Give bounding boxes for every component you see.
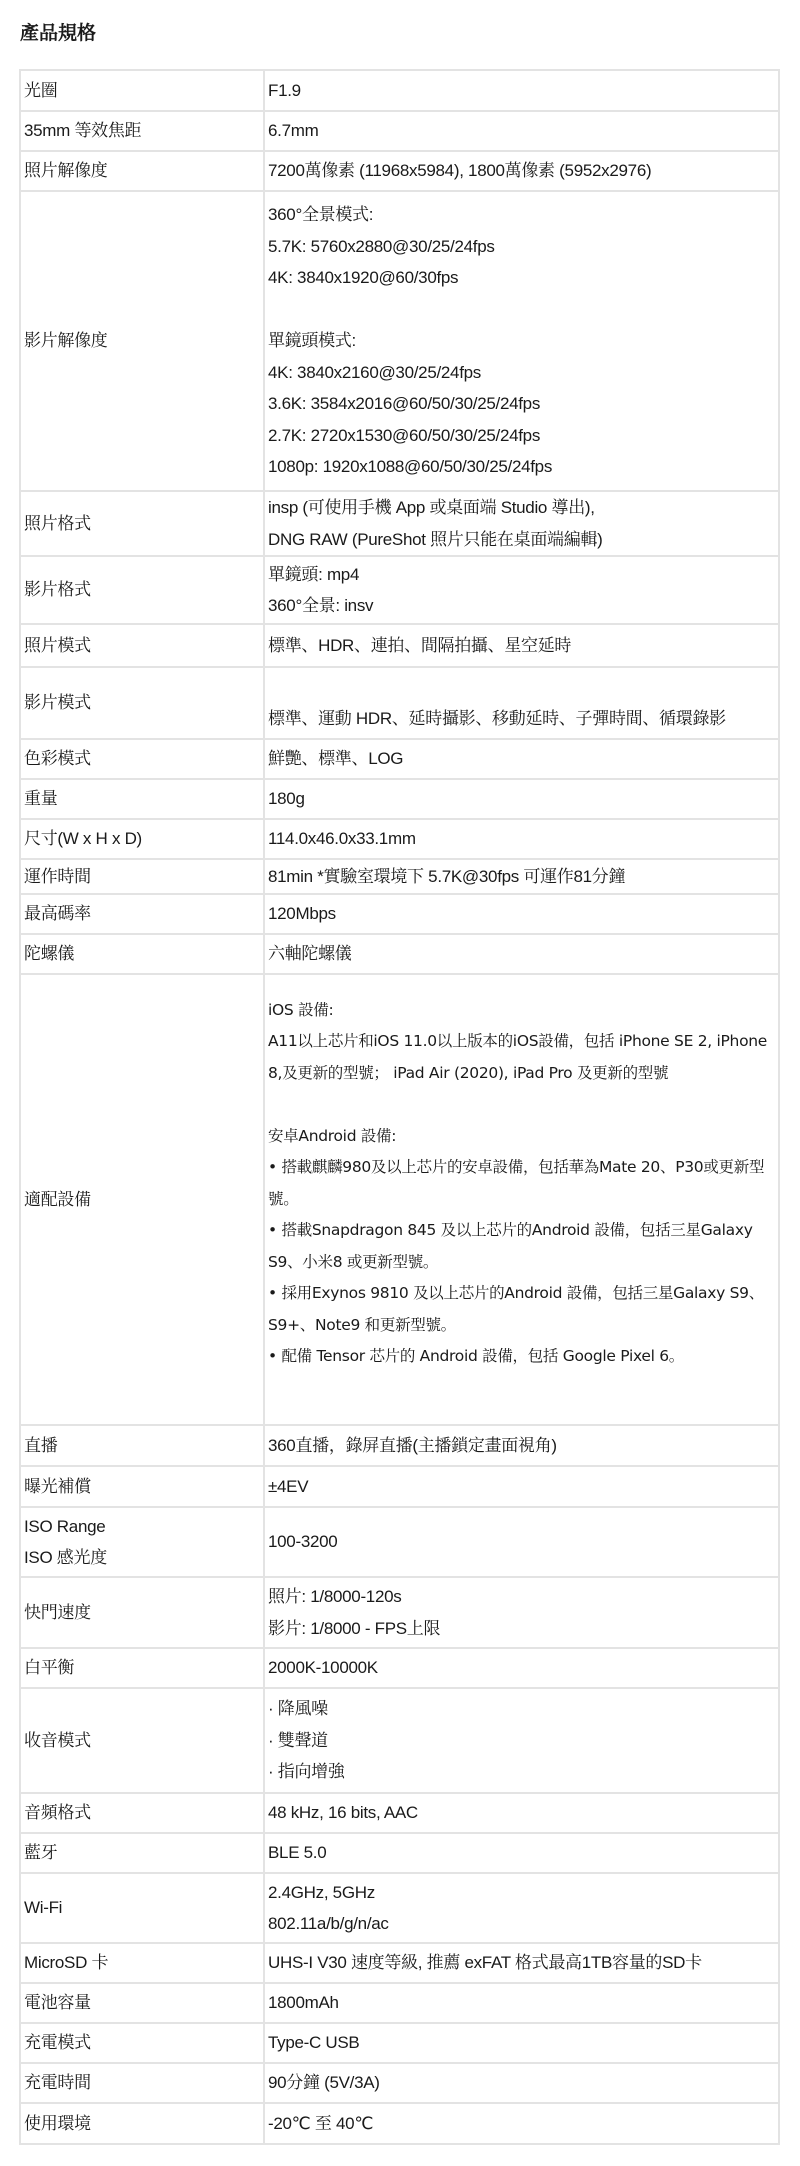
spec-value: 360直播，錄屏直播(主播鎖定畫面視角) xyxy=(264,1425,779,1466)
spec-value-line: 4K: 3840x2160@30/25/24fps xyxy=(268,357,775,389)
spec-value-line: 4K: 3840x1920@60/30fps xyxy=(268,262,775,294)
spec-value-line: 5.7K: 5760x2880@30/25/24fps xyxy=(268,231,775,263)
spec-key-label: 運作時間 xyxy=(24,861,260,893)
spec-key: Wi-Fi xyxy=(20,1873,264,1943)
spec-value-line: 7200萬像素 (11968x5984), 1800萬像素 (5952x2976… xyxy=(268,155,775,187)
spec-key: 照片解像度 xyxy=(20,151,264,191)
spec-key: 快門速度 xyxy=(20,1577,264,1648)
spec-row: 音頻格式 48 kHz, 16 bits, AAC xyxy=(20,1793,779,1833)
spec-key: 陀螺儀 xyxy=(20,934,264,974)
spec-value-line: UHS-I V30 速度等級, 推薦 exFAT 格式最高1TB容量的SD卡 xyxy=(268,1947,775,1979)
spec-key-label: MicroSD 卡 xyxy=(24,1947,260,1979)
spec-row: 適配設備 iOS 設備:A11以上芯片和iOS 11.0以上版本的iOS設備，包… xyxy=(20,974,779,1425)
spec-value-line xyxy=(268,672,775,704)
spec-row: 重量 180g xyxy=(20,779,779,819)
spec-value: 81min *實驗室環境下 5.7K@30fps 可運作81分鐘 xyxy=(264,859,779,894)
spec-key: 最高碼率 xyxy=(20,894,264,934)
spec-key: MicroSD 卡 xyxy=(20,1943,264,1983)
spec-value-line: 360直播，錄屏直播(主播鎖定畫面視角) xyxy=(268,1430,775,1462)
spec-key: 照片格式 xyxy=(20,491,264,556)
spec-value: 照片: 1/8000-120s影片: 1/8000 - FPS上限 xyxy=(264,1577,779,1648)
spec-row: 照片格式 insp (可使用手機 App 或桌面端 Studio 導出),DNG… xyxy=(20,491,779,556)
spec-key-label: 照片模式 xyxy=(24,630,260,662)
spec-value-line: -20℃ 至 40℃ xyxy=(268,2108,775,2140)
spec-key-label: 曝光補償 xyxy=(24,1471,260,1503)
spec-value-line: 六軸陀螺儀 xyxy=(268,938,775,970)
spec-value: 鮮艷、標準、LOG xyxy=(264,739,779,779)
spec-value-line: 90分鐘 (5V/3A) xyxy=(268,2067,775,2099)
spec-row: 陀螺儀 六軸陀螺儀 xyxy=(20,934,779,974)
spec-value: · 降風噪· 雙聲道· 指向增強 xyxy=(264,1688,779,1793)
spec-value-line: 鮮艷、標準、LOG xyxy=(268,743,775,775)
spec-row: Wi-Fi 2.4GHz, 5GHz802.11a/b/g/n/ac xyxy=(20,1873,779,1943)
spec-value: insp (可使用手機 App 或桌面端 Studio 導出),DNG RAW … xyxy=(264,491,779,556)
spec-value: BLE 5.0 xyxy=(264,1833,779,1873)
spec-key-label: 適配設備 xyxy=(24,1184,260,1216)
spec-key-label: 影片解像度 xyxy=(24,325,260,357)
spec-value-line: · 降風噪 xyxy=(268,1693,775,1725)
spec-key: 35mm 等效焦距 xyxy=(20,111,264,151)
spec-key: 適配設備 xyxy=(20,974,264,1425)
spec-key: 音頻格式 xyxy=(20,1793,264,1833)
spec-value: 90分鐘 (5V/3A) xyxy=(264,2063,779,2103)
spec-key: 尺寸(W x H x D) xyxy=(20,819,264,859)
spec-value-line: DNG RAW (PureShot 照片只能在桌面端編輯) xyxy=(268,524,775,556)
spec-value: F1.9 xyxy=(264,70,779,111)
spec-value-line: 180g xyxy=(268,783,775,815)
spec-value-line: 1800mAh xyxy=(268,1987,775,2019)
spec-key-label: 快門速度 xyxy=(24,1597,260,1629)
spec-key-label: 收音模式 xyxy=(24,1725,260,1757)
spec-value-line: Type-C USB xyxy=(268,2027,775,2059)
compat-line: • 搭載麒麟980及以上芯片的安卓設備，包括華為Mate 20、P30或更新型號… xyxy=(268,1152,775,1215)
spec-value: Type-C USB xyxy=(264,2023,779,2063)
spec-row: 影片格式 單鏡頭: mp4360°全景: insv xyxy=(20,556,779,624)
spec-value-line: BLE 5.0 xyxy=(268,1837,775,1869)
spec-key-label: 色彩模式 xyxy=(24,743,260,775)
spec-key: 光圈 xyxy=(20,70,264,111)
spec-row: 影片解像度 360°全景模式:5.7K: 5760x2880@30/25/24f… xyxy=(20,191,779,491)
spec-value: 360°全景模式:5.7K: 5760x2880@30/25/24fps4K: … xyxy=(264,191,779,491)
spec-key: 白平衡 xyxy=(20,1648,264,1688)
compat-line: iOS 設備: xyxy=(268,995,775,1027)
spec-value-line: 2.7K: 2720x1530@60/50/30/25/24fps xyxy=(268,420,775,452)
spec-row: 運作時間 81min *實驗室環境下 5.7K@30fps 可運作81分鐘 xyxy=(20,859,779,894)
spec-key: 收音模式 xyxy=(20,1688,264,1793)
spec-value-line: · 雙聲道 xyxy=(268,1725,775,1757)
compatible-devices-value: iOS 設備:A11以上芯片和iOS 11.0以上版本的iOS設備，包括 iPh… xyxy=(264,974,779,1425)
spec-row: 光圈 F1.9 xyxy=(20,70,779,111)
spec-key-label: 照片格式 xyxy=(24,508,260,540)
spec-value: 六軸陀螺儀 xyxy=(264,934,779,974)
compat-line xyxy=(268,1373,775,1405)
spec-key-label: 藍牙 xyxy=(24,1837,260,1869)
spec-key: 充電模式 xyxy=(20,2023,264,2063)
spec-value: 標準、HDR、連拍、間隔拍攝、星空延時 xyxy=(264,624,779,667)
spec-value-line: 81min *實驗室環境下 5.7K@30fps 可運作81分鐘 xyxy=(268,861,775,893)
spec-row: 35mm 等效焦距 6.7mm xyxy=(20,111,779,151)
spec-key-label: 影片格式 xyxy=(24,574,260,606)
spec-value-line: F1.9 xyxy=(268,75,775,107)
spec-key-label: 電池容量 xyxy=(24,1987,260,2019)
spec-key-label: 音頻格式 xyxy=(24,1797,260,1829)
spec-key-label: 重量 xyxy=(24,783,260,815)
spec-table: 光圈 F1.9 35mm 等效焦距 6.7mm 照片解像度 7200萬像素 (1… xyxy=(19,69,780,2145)
spec-value-line xyxy=(268,294,775,326)
spec-value-line: 100-3200 xyxy=(268,1526,775,1558)
spec-value: 7200萬像素 (11968x5984), 1800萬像素 (5952x2976… xyxy=(264,151,779,191)
spec-row: 色彩模式 鮮艷、標準、LOG xyxy=(20,739,779,779)
spec-key-label: ISO Range xyxy=(24,1511,260,1543)
spec-value-line: 2000K-10000K xyxy=(268,1652,775,1684)
spec-value-line: 1080p: 1920x1088@60/50/30/25/24fps xyxy=(268,451,775,483)
spec-value: 2000K-10000K xyxy=(264,1648,779,1688)
spec-key-label: 直播 xyxy=(24,1430,260,1462)
spec-value: 6.7mm xyxy=(264,111,779,151)
page-title: 產品規格 xyxy=(20,20,96,48)
spec-value-line: 360°全景: insv xyxy=(268,590,775,622)
spec-value: UHS-I V30 速度等級, 推薦 exFAT 格式最高1TB容量的SD卡 xyxy=(264,1943,779,1983)
spec-value-line: 802.11a/b/g/n/ac xyxy=(268,1908,775,1940)
spec-value-line: 2.4GHz, 5GHz xyxy=(268,1877,775,1909)
spec-value-line: 360°全景模式: xyxy=(268,199,775,231)
spec-value: 標準、運動 HDR、延時攝影、移動延時、子彈時間、循環錄影 xyxy=(264,667,779,739)
spec-key: 運作時間 xyxy=(20,859,264,894)
spec-value: ±4EV xyxy=(264,1466,779,1507)
spec-row: 曝光補償 ±4EV xyxy=(20,1466,779,1507)
compat-line: 安卓Android 設備: xyxy=(268,1121,775,1153)
spec-key: 照片模式 xyxy=(20,624,264,667)
spec-row: ISO RangeISO 感光度 100-3200 xyxy=(20,1507,779,1577)
spec-key: ISO RangeISO 感光度 xyxy=(20,1507,264,1577)
spec-key-label: 35mm 等效焦距 xyxy=(24,115,260,147)
spec-row: 照片模式 標準、HDR、連拍、間隔拍攝、星空延時 xyxy=(20,624,779,667)
spec-key: 電池容量 xyxy=(20,1983,264,2023)
spec-key: 曝光補償 xyxy=(20,1466,264,1507)
spec-value: 單鏡頭: mp4360°全景: insv xyxy=(264,556,779,624)
spec-row: 使用環境 -20℃ 至 40℃ xyxy=(20,2103,779,2144)
spec-key: 重量 xyxy=(20,779,264,819)
spec-value-line: 影片: 1/8000 - FPS上限 xyxy=(268,1613,775,1645)
spec-value-line: 120Mbps xyxy=(268,898,775,930)
spec-value: -20℃ 至 40℃ xyxy=(264,2103,779,2144)
spec-row: 電池容量 1800mAh xyxy=(20,1983,779,2023)
spec-key: 影片格式 xyxy=(20,556,264,624)
compat-line: • 採用Exynos 9810 及以上芯片的Android 設備，包括三星Gal… xyxy=(268,1278,775,1341)
spec-key-label: 影片模式 xyxy=(24,687,260,719)
spec-row: 影片模式 標準、運動 HDR、延時攝影、移動延時、子彈時間、循環錄影 xyxy=(20,667,779,739)
spec-value: 100-3200 xyxy=(264,1507,779,1577)
compat-line: • 搭載Snapdragon 845 及以上芯片的Android 設備，包括三星… xyxy=(268,1215,775,1278)
spec-key-label: 光圈 xyxy=(24,75,260,107)
spec-row: MicroSD 卡 UHS-I V30 速度等級, 推薦 exFAT 格式最高1… xyxy=(20,1943,779,1983)
spec-value-line: ±4EV xyxy=(268,1471,775,1503)
spec-value-line: insp (可使用手機 App 或桌面端 Studio 導出), xyxy=(268,492,775,524)
spec-value-line: 單鏡頭模式: xyxy=(268,325,775,357)
spec-value-line: 單鏡頭: mp4 xyxy=(268,559,775,591)
spec-key-label: ISO 感光度 xyxy=(24,1542,260,1574)
spec-key: 使用環境 xyxy=(20,2103,264,2144)
spec-key-label: 陀螺儀 xyxy=(24,938,260,970)
spec-value-line: 48 kHz, 16 bits, AAC xyxy=(268,1797,775,1829)
spec-value-line: 標準、HDR、連拍、間隔拍攝、星空延時 xyxy=(268,630,775,662)
spec-row: 尺寸(W x H x D) 114.0x46.0x33.1mm xyxy=(20,819,779,859)
spec-value-line: 標準、運動 HDR、延時攝影、移動延時、子彈時間、循環錄影 xyxy=(268,703,775,735)
spec-key: 影片模式 xyxy=(20,667,264,739)
spec-row: 充電時間 90分鐘 (5V/3A) xyxy=(20,2063,779,2103)
spec-value-line: 6.7mm xyxy=(268,115,775,147)
spec-key-label: 照片解像度 xyxy=(24,155,260,187)
spec-value: 48 kHz, 16 bits, AAC xyxy=(264,1793,779,1833)
spec-value: 120Mbps xyxy=(264,894,779,934)
spec-row: 快門速度 照片: 1/8000-120s影片: 1/8000 - FPS上限 xyxy=(20,1577,779,1648)
spec-key-label: 尺寸(W x H x D) xyxy=(24,823,260,855)
spec-key: 色彩模式 xyxy=(20,739,264,779)
spec-row: 白平衡 2000K-10000K xyxy=(20,1648,779,1688)
spec-key-label: 白平衡 xyxy=(24,1652,260,1684)
spec-table-body: 光圈 F1.9 35mm 等效焦距 6.7mm 照片解像度 7200萬像素 (1… xyxy=(20,70,779,2144)
spec-row: 直播 360直播，錄屏直播(主播鎖定畫面視角) xyxy=(20,1425,779,1466)
spec-value: 114.0x46.0x33.1mm xyxy=(264,819,779,859)
spec-row: 充電模式 Type-C USB xyxy=(20,2023,779,2063)
spec-key: 直播 xyxy=(20,1425,264,1466)
spec-key-label: Wi-Fi xyxy=(24,1892,260,1924)
spec-key-label: 充電時間 xyxy=(24,2067,260,2099)
compat-line: A11以上芯片和iOS 11.0以上版本的iOS設備，包括 iPhone SE … xyxy=(268,1026,775,1089)
compat-line: • 配備 Tensor 芯片的 Android 設備，包括 Google Pix… xyxy=(268,1341,775,1373)
spec-row: 照片解像度 7200萬像素 (11968x5984), 1800萬像素 (595… xyxy=(20,151,779,191)
spec-value-line: 3.6K: 3584x2016@60/50/30/25/24fps xyxy=(268,388,775,420)
spec-value: 2.4GHz, 5GHz802.11a/b/g/n/ac xyxy=(264,1873,779,1943)
spec-row: 最高碼率 120Mbps xyxy=(20,894,779,934)
spec-key-label: 使用環境 xyxy=(24,2108,260,2140)
compat-line xyxy=(268,1089,775,1121)
spec-value-line: 照片: 1/8000-120s xyxy=(268,1581,775,1613)
spec-row: 藍牙 BLE 5.0 xyxy=(20,1833,779,1873)
spec-key-label: 充電模式 xyxy=(24,2027,260,2059)
spec-row: 收音模式 · 降風噪· 雙聲道· 指向增強 xyxy=(20,1688,779,1793)
spec-key: 充電時間 xyxy=(20,2063,264,2103)
spec-key: 藍牙 xyxy=(20,1833,264,1873)
spec-value-line: · 指向增強 xyxy=(268,1756,775,1788)
spec-key: 影片解像度 xyxy=(20,191,264,491)
spec-key-label: 最高碼率 xyxy=(24,898,260,930)
spec-value-line: 114.0x46.0x33.1mm xyxy=(268,823,775,855)
spec-value: 1800mAh xyxy=(264,1983,779,2023)
spec-value: 180g xyxy=(264,779,779,819)
